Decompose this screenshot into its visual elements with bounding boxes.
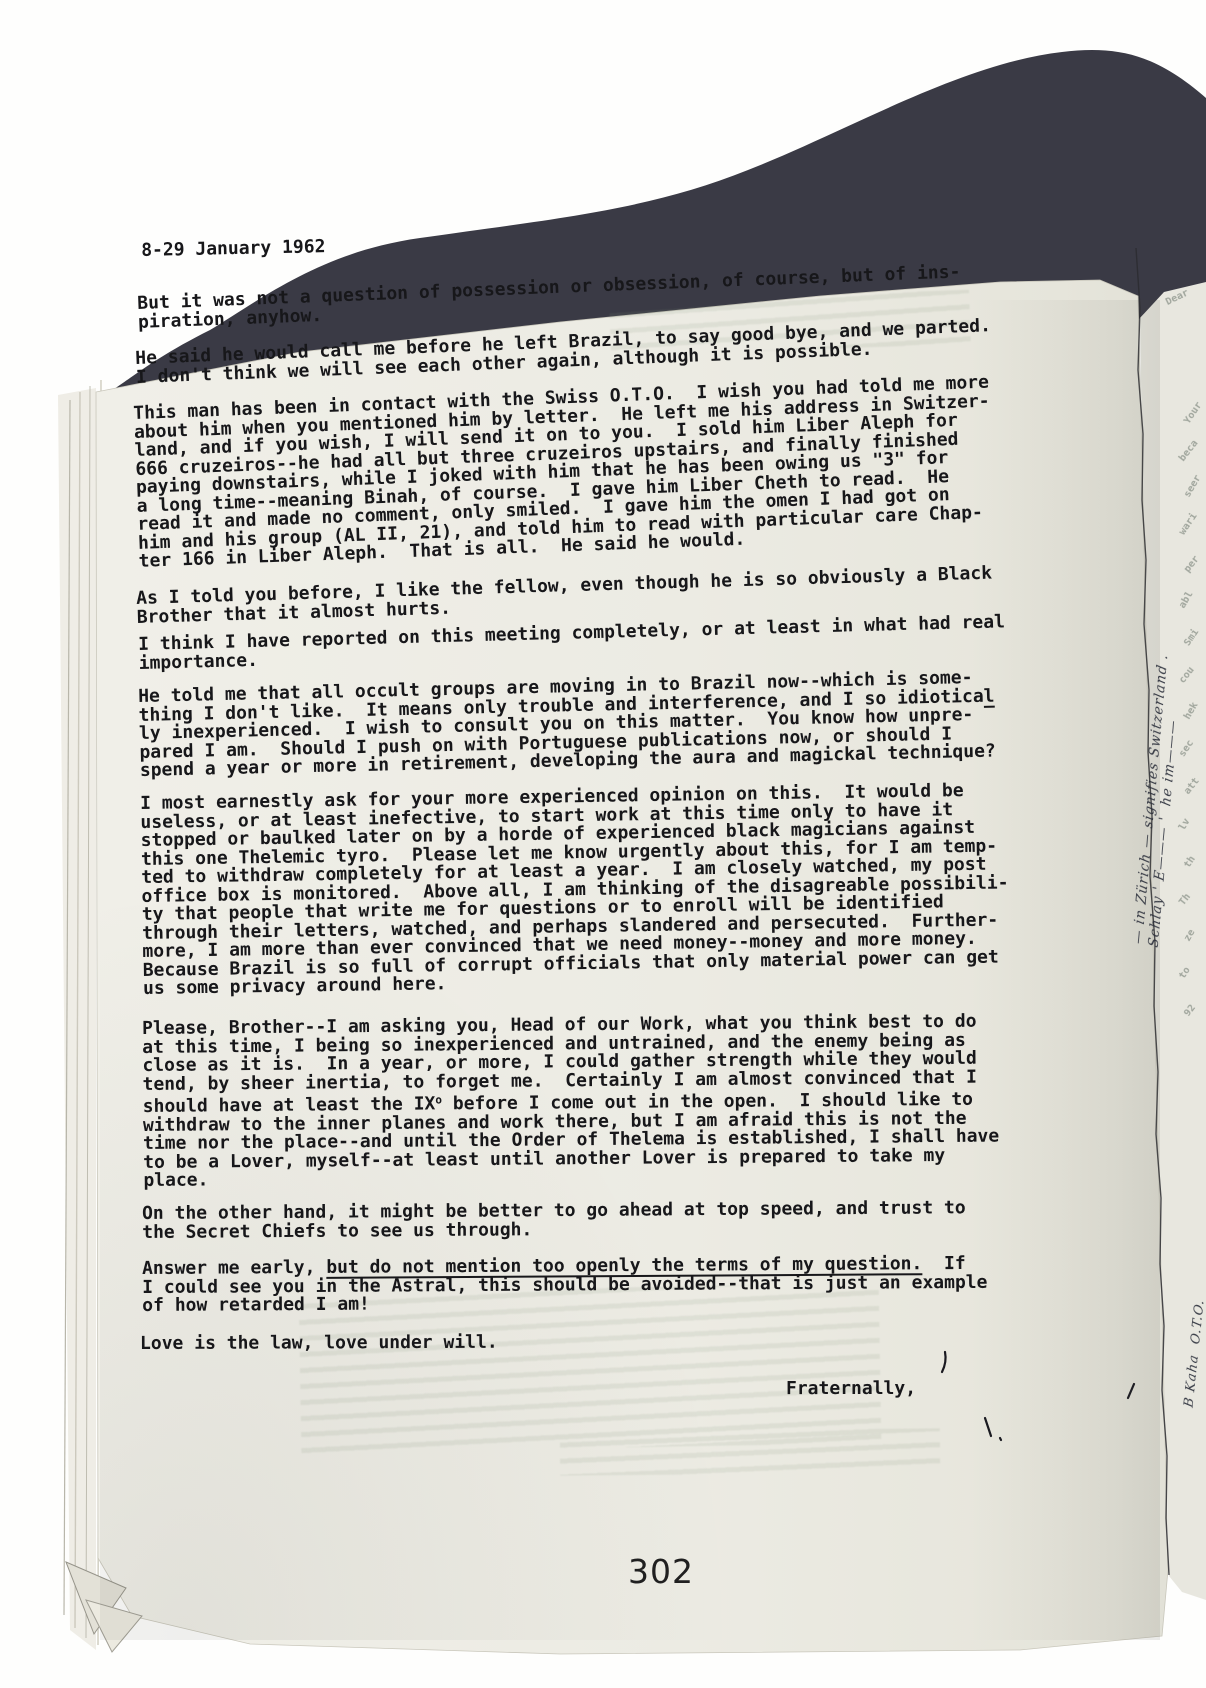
letter-date: 8-29 January 1962 [141, 236, 326, 261]
closing-salutation: Fraternally, [786, 1378, 916, 1399]
letter-paragraph-9: On the other hand, it might be better to… [142, 1199, 966, 1242]
letter-paragraph-10: Answer me early, but do not mention too … [142, 1255, 988, 1316]
signature-pen-stroke [1000, 1438, 1001, 1440]
page-number: 302 [628, 1552, 694, 1591]
letter-paragraph-11: Love is the law, love under will. [140, 1334, 498, 1354]
letter-paragraph-3: This man has been in contact with the Sw… [133, 374, 995, 572]
letter-paragraph-6: He told me that all occult groups are mo… [138, 669, 996, 781]
letter-paragraph-7: I most earnestly ask for your more exper… [140, 781, 1010, 998]
letter-paragraph-8: Please, Brother--I am asking you, Head o… [142, 1013, 1000, 1191]
book-scan: 8-29 January 1962 But it was not a quest… [0, 0, 1206, 1688]
